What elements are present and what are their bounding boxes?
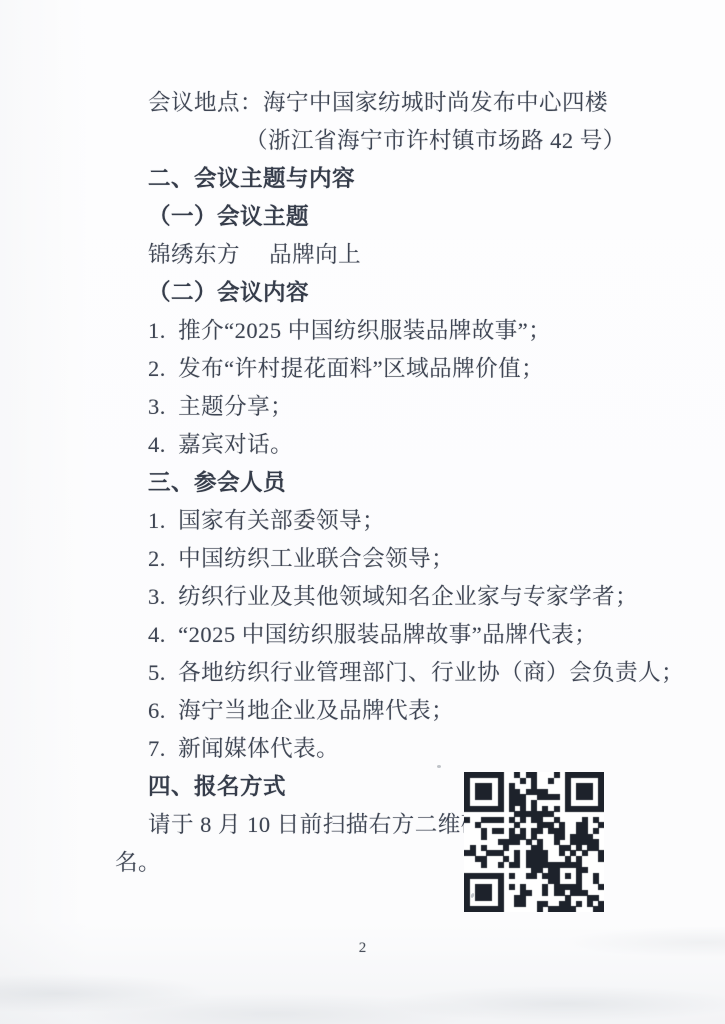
subsection-heading-2: （二）会议内容 [115, 274, 700, 312]
document-body: 会议地点：海宁中国家纺城时尚发布中心四楼 （浙江省海宁市许村镇市场路 42 号）… [115, 84, 700, 882]
agenda-item-1: 1. 推介“2025 中国纺织服装品牌故事”； [115, 312, 700, 350]
agenda-item-3: 3. 主题分享； [115, 388, 700, 426]
participant-item-6: 6. 海宁当地企业及品牌代表； [115, 692, 700, 730]
participant-item-3: 3. 纺织行业及其他领域知名企业家与专家学者； [115, 578, 700, 616]
scanned-document-page: 会议地点：海宁中国家纺城时尚发布中心四楼 （浙江省海宁市许村镇市场路 42 号）… [0, 0, 725, 1024]
section-heading-3: 三、参会人员 [115, 464, 700, 502]
participant-item-2: 2. 中国纺织工业联合会领导； [115, 540, 700, 578]
meeting-theme-line: 锦绣东方 品牌向上 [115, 236, 700, 274]
section-heading-2: 二、会议主题与内容 [115, 160, 700, 198]
scan-artifact [437, 765, 441, 768]
participant-item-7: 7. 新闻媒体代表。 [115, 730, 700, 768]
meeting-address-line: （浙江省海宁市许村镇市场路 42 号） [115, 122, 700, 160]
registration-text-line-1: 请于 8 月 10 日前扫描右方二维码报 [115, 806, 700, 844]
section-heading-4: 四、报名方式 [115, 768, 700, 806]
participant-item-5: 5. 各地纺织行业管理部门、行业协（商）会负责人； [115, 654, 700, 692]
page-number: 2 [0, 940, 725, 957]
registration-text-line-2: 名。 [115, 844, 700, 882]
participant-item-1: 1. 国家有关部委领导； [115, 502, 700, 540]
meeting-location-line: 会议地点：海宁中国家纺城时尚发布中心四楼 [115, 84, 700, 122]
agenda-item-2: 2. 发布“许村提花面料”区域品牌价值； [115, 350, 700, 388]
registration-qr-code [464, 772, 604, 912]
subsection-heading-1: （一）会议主题 [115, 198, 700, 236]
agenda-item-4: 4. 嘉宾对话。 [115, 426, 700, 464]
participant-item-4: 4. “2025 中国纺织服装品牌故事”品牌代表； [115, 616, 700, 654]
